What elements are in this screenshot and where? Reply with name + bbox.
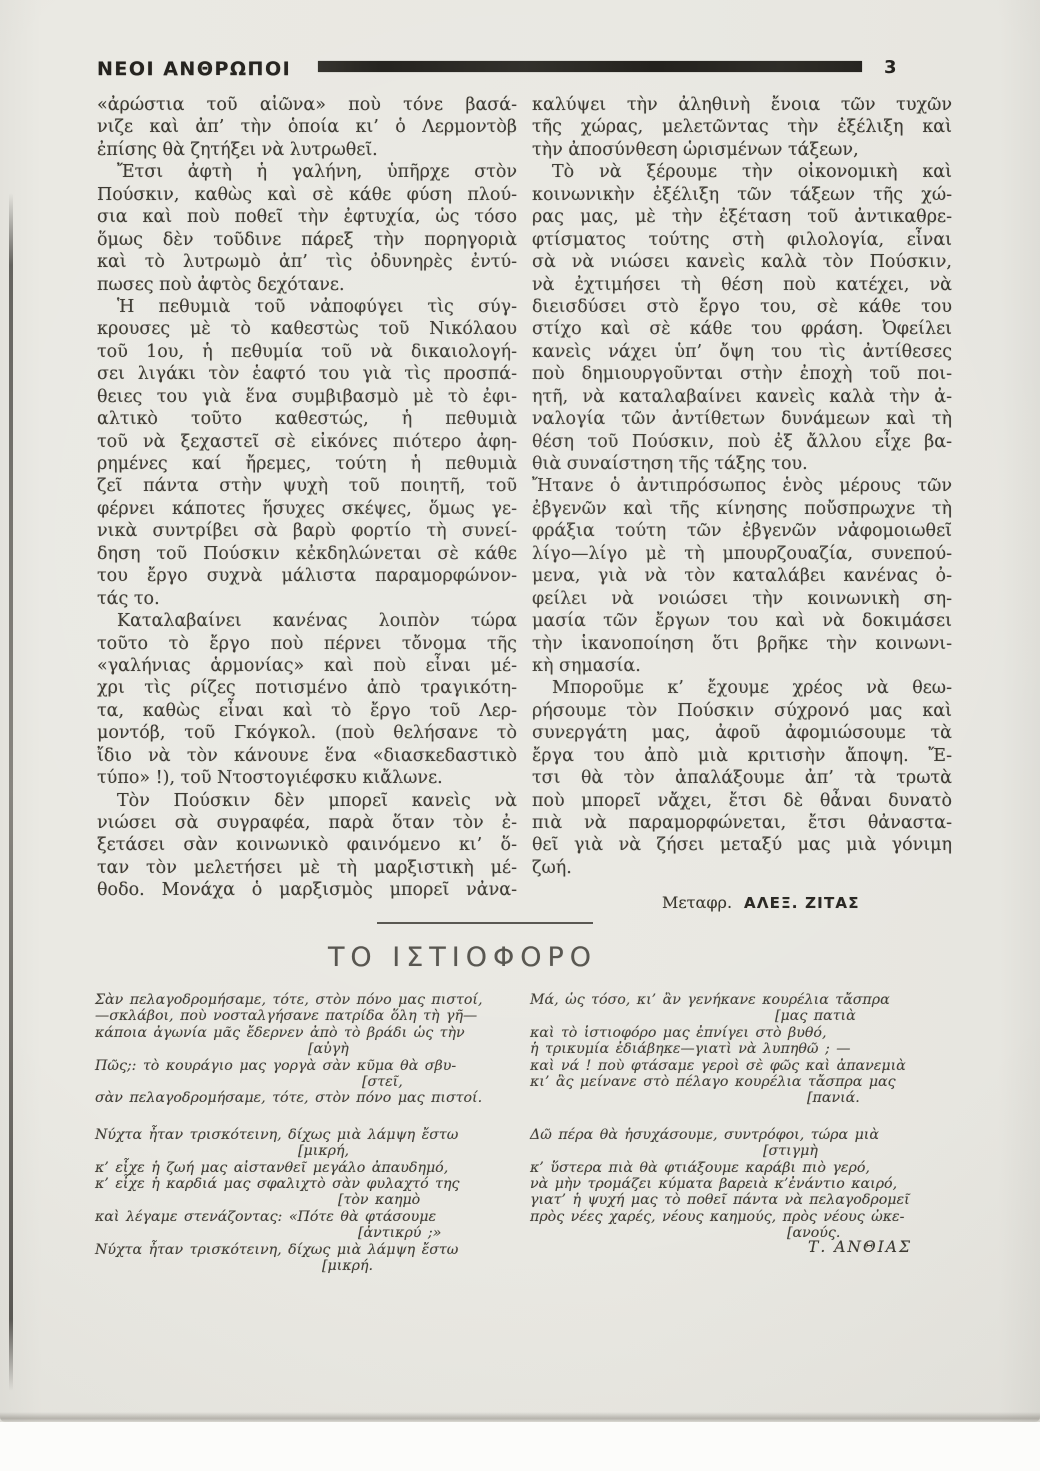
article-line: φέρνει κάποτες ἥσυχες σκέψες, ὅμως γε-: [97, 498, 517, 520]
masthead-rule: [318, 61, 862, 72]
poem-stanza: Δῶ πέρα θὰ ἡσυχάσουμε, συντρόφοι, τώρα μ…: [530, 1127, 962, 1242]
article-line: τσι θὰ τὸν ἀπαλάξουμε ἀπ’ τὰ τρωτὰ: [532, 767, 952, 789]
poem-line: καὶ τὸ ἱστιοφόρο μας ἐπνίγει στὸ βυθό,: [530, 1025, 962, 1041]
poem-line: κ’ εἶχε ἡ καρδιά μας σφαλιχτὸ σὰν φυλαχτ…: [95, 1176, 527, 1192]
article-line: τοῦ νὰ ξεχαστεῖ σὲ εἰκόνες πιότερο ἀφη-: [97, 431, 517, 453]
poem-stanza: Μά, ὡς τόσο, κι’ ἂν γενήκανε κουρέλια τἄ…: [530, 992, 962, 1107]
poem-line: κ’ ὕστερα πιὰ θὰ φτιάξουμε καράβι πιὸ γε…: [530, 1160, 962, 1176]
article-paragraph: Μποροῦμε κ’ ἔχουμε χρέος νὰ θεω-ρήσουμε …: [532, 677, 952, 879]
article-line: Ἔτσι ἀφτὴ ἡ γαλήνη, ὑπῆρχε στὸν: [97, 161, 517, 183]
poem-line: [μας πατιὰ: [530, 1008, 962, 1024]
article-line: θιὰ συναίστηση τῆς τάξης του.: [532, 453, 952, 475]
article-line: σὰ νὰ νιώσει κανεὶς καλὰ τὸν Πούσκιν,: [532, 251, 952, 273]
article-line: θεῖ γιὰ νὰ ζήσει μεταξύ μας μιὰ γόνιμη: [532, 834, 952, 856]
article-line: ητῆ, νὰ καταλαβαίνει κανεὶς καλὰ τὴν ἀ-: [532, 386, 952, 408]
article-line: μασία τῶν ἔργων του καὶ νὰ δοκιμάσει: [532, 610, 952, 632]
article-line: νιώσει σὰ συγραφέα, παρὰ ὅταν τὸν ἐ-: [97, 812, 517, 834]
article-line: ἐβγενῶν καὶ τῆς κίνησης ποὔσπρωχνε τὴ: [532, 498, 952, 520]
article-line: «ἀρώστια τοῦ αἰῶνα» ποὺ τόνε βασά-: [97, 94, 517, 116]
translator-credit: Μεταφρ.ΑΛΕΞ. ΖΙΤΑΣ: [662, 893, 860, 912]
poem-line: [αὐγὴ: [95, 1041, 527, 1057]
article-line: αλτικὸ τοῦτο καθεστώς, ἡ πεθυμιὰ: [97, 408, 517, 430]
section-divider: [377, 922, 593, 924]
article-line: ρας μας, μὲ τὴν ἐξέταση τοῦ ἀντικαθρε-: [532, 206, 952, 228]
article-paragraph: Τὸ νὰ ξέρουμε τὴν οἰκονομικὴ καὶκοινωνικ…: [532, 161, 952, 475]
poem-line: ἡ τρικυμία ἐδιάβηκε—γιατὶ νὰ λυπηθῶ ; —: [530, 1041, 962, 1057]
article-line: θειες του γιὰ ἕνα συμβιβασμὸ μὲ τὸ ἐφι-: [97, 386, 517, 408]
article-paragraph: Τὸν Πούσκιν δὲν μπορεῖ κανεὶς νὰνιώσει σ…: [97, 790, 517, 902]
article-column-left: «ἀρώστια τοῦ αἰῶνα» ποὺ τόνε βασά-νιζε κ…: [97, 94, 517, 902]
poem-line: [τὸν καημὸ: [95, 1192, 527, 1208]
article-line: ὅμως δὲν τοῦδινε πάρεξ τὴν πορηγοριὰ: [97, 229, 517, 251]
article-paragraph: Ἤτανε ὁ ἀντιπρόσωπος ἑνὸς μέρους τῶνἐβγε…: [532, 475, 952, 677]
poem-line: Σὰν πελαγοδρομήσαμε, τότε, στὸν πόνο μας…: [95, 992, 527, 1008]
article-line: τὴν ἱκανοποίηση ὅτι βρῆκε τὴν κοινωνι-: [532, 633, 952, 655]
article-line: κοινωνικὴν ἐξέλιξη τῶν τάξεων τῆς χώ-: [532, 184, 952, 206]
article-paragraph: Ἡ πεθυμιὰ τοῦ νἀποφύγει τὶς σύγ-κρουσες …: [97, 296, 517, 610]
article-line: πωσες ποὺ ἀφτὸς δεχότανε.: [97, 274, 517, 296]
poem-line: [στεῖ,: [95, 1074, 527, 1090]
article-line: θέση τοῦ Πούσκιν, ποὺ ἐξ ἄλλου εἶχε βα-: [532, 431, 952, 453]
article-line: «γαλήνιας ἁρμονίας» καὶ ποὺ εἶναι μέ-: [97, 655, 517, 677]
poem-line: Πῶς;: τὸ κουράγιο μας γοργὰ σὰν κῦμα θὰ …: [95, 1058, 527, 1074]
article-line: διεισδύσει στὸ ἔργο του, σὲ κάθε του: [532, 296, 952, 318]
poem-title: ΤΟ ΙΣΤΙΟΦΟΡΟ: [0, 942, 925, 973]
scan-edge-artifact: [9, 193, 13, 1391]
article-line: του ἔργο συχνὰ μάλιστα παραμορφώνον-: [97, 565, 517, 587]
article-line: φείλει νὰ νοιώσει τὴν κοινωνικὴ ση-: [532, 588, 952, 610]
article-line: μοντόβ, τοῦ Γκόγκολ. (ποὺ θελήσανε τὸ: [97, 722, 517, 744]
article-line: Τὸ νὰ ξέρουμε τὴν οἰκονομικὴ καὶ: [532, 161, 952, 183]
article-line: Ἡ πεθυμιὰ τοῦ νἀποφύγει τὶς σύγ-: [97, 296, 517, 318]
article-line: τοῦ 1ου, ἡ πεθυμία τοῦ νὰ δικαιολογή-: [97, 341, 517, 363]
article-line: κὴ σημασία.: [532, 655, 952, 677]
article-line: ποὺ μπορεῖ νἄχει, ἔτσι δὲ θἆναι δυνατὸ: [532, 790, 952, 812]
article-line: νικὰ συντρίβει σὰ βαρὺ φορτίο τὴ συνεί-: [97, 520, 517, 542]
article-column-right: καλύψει τὴν ἀληθινὴ ἔνοια τῶν τυχῶντῆς χ…: [532, 94, 952, 879]
article-line: Πούσκιν, καθὼς καὶ σὲ κάθε φύση πλού-: [97, 184, 517, 206]
poem-stanza: Σὰν πελαγοδρομήσαμε, τότε, στὸν πόνο μας…: [95, 992, 527, 1107]
article-line: ἔργα του ἀπὸ μιὰ κριτισὴν ἄποψη. Ἔ-: [532, 745, 952, 767]
article-line: Μποροῦμε κ’ ἔχουμε χρέος νὰ θεω-: [532, 677, 952, 699]
article-line: λίγο—λίγο μὲ τὴ μπουρζουαζία, συνεπού-: [532, 543, 952, 565]
poem-line: [μικρή,: [95, 1143, 527, 1159]
magazine-title: ΝΕΟΙ ΑΝΘΡΩΠΟΙ: [97, 58, 291, 80]
article-line: τοῦτο τὸ ἔργο ποὺ πέρνει τὄνομα τῆς: [97, 633, 517, 655]
article-line: ρημένες καί ἤρεμες, τούτη ἡ πεθυμιὰ: [97, 453, 517, 475]
article-line: ζωή.: [532, 857, 952, 879]
article-paragraph: Καταλαβαίνει κανένας λοιπὸν τώρατοῦτο τὸ…: [97, 610, 517, 790]
paper-bottom-edge: [0, 1412, 1040, 1422]
poem-line: νὰ μὴν τρομάζει κύματα βαρειὰ κ’ἐνάντιο …: [530, 1176, 962, 1192]
poem-line: πρὸς νέες χαρές, νέους καημούς, πρὸς νέο…: [530, 1209, 962, 1225]
article-line: τῆς χώρας, μελετῶντας τὴν ἐξέλιξη καὶ: [532, 116, 952, 138]
poem-line: κι’ ἂς μείνανε στὸ πέλαγο κουρέλια τἄσπρ…: [530, 1074, 962, 1090]
poem-line: [πανιά.: [530, 1090, 962, 1106]
article-line: χρι τὶς ρίζες ποτισμένο ἀπὸ τραγικότη-: [97, 677, 517, 699]
article-line: κρουσες μὲ τὸ καθεστὼς τοῦ Νικόλαου: [97, 318, 517, 340]
article-line: ναλογία τῶν ἀντίθετων δυνάμεων καὶ τὴ: [532, 408, 952, 430]
poem-line: Μά, ὡς τόσο, κι’ ἂν γενήκανε κουρέλια τἄ…: [530, 992, 962, 1008]
poem-column-right: Μά, ὡς τόσο, κι’ ἂν γενήκανε κουρέλια τἄ…: [530, 992, 962, 1262]
poem-line: σὰν πελαγοδρομήσαμε, τότε, στὸν πόνο μας…: [95, 1090, 527, 1106]
article-line: θοδο. Μονάχα ὁ μαρξισμὸς μπορεῖ νἀνα-: [97, 879, 517, 901]
article-line: καλύψει τὴν ἀληθινὴ ἔνοια τῶν τυχῶν: [532, 94, 952, 116]
article-line: ρήσουμε τὸν Πούσκιν σύχρονό μας καὶ: [532, 700, 952, 722]
article-line: μενα, γιὰ νὰ τὸν καταλάβει κανένας ὀ-: [532, 565, 952, 587]
poem-line: [ἀντικρύ ;»: [95, 1225, 527, 1241]
poem-line: Δῶ πέρα θὰ ἡσυχάσουμε, συντρόφοι, τώρα μ…: [530, 1127, 962, 1143]
poem-line: [στιγμὴ: [530, 1143, 962, 1159]
poem-line: —σκλάβοι, ποὺ νοσταλγήσανε πατρίδα ὅλη τ…: [95, 1008, 527, 1024]
poem-stanza: Νύχτα ἦταν τρισκότεινη, δίχως μιὰ λάμψη …: [95, 1127, 527, 1275]
poem-line: καὶ νά ! ποὺ φτάσαμε γεροὶ σὲ φῶς καὶ ἀπ…: [530, 1058, 962, 1074]
article-line: ταν τὸν μελετήσει μὲ τὴ μαρξιστικὴ μέ-: [97, 857, 517, 879]
translator-label: Μεταφρ.: [662, 893, 732, 912]
article-line: τα, καθὼς εἶναι καὶ τὸ ἔργο τοῦ Λερ-: [97, 700, 517, 722]
article-line: φράξια τούτη τῶν ἐβγενῶν νἀφομοιωθεῖ: [532, 520, 952, 542]
article-line: τάς το.: [97, 588, 517, 610]
article-line: νὰ ἐχτιμήσει τὴ θέση ποὺ κατέχει, νὰ: [532, 274, 952, 296]
article-line: τὴν ἀποσύνθεση ὡρισμένων τάξεων,: [532, 139, 952, 161]
poem-line: κάποια ἀγωνία μᾶς ἔδερνεν ἀπὸ τὸ βράδι ὡ…: [95, 1025, 527, 1041]
article-line: ξετάσει σὰν κοινωνικὸ φαινόμενο κι’ ὅ-: [97, 834, 517, 856]
article-line: Τὸν Πούσκιν δὲν μπορεῖ κανεὶς νὰ: [97, 790, 517, 812]
article-line: Καταλαβαίνει κανένας λοιπὸν τώρα: [97, 610, 517, 632]
page-number: 3: [884, 57, 897, 78]
article-line: στίχο καὶ σὲ κάθε του φράση. Ὀφείλει: [532, 318, 952, 340]
poem-line: [μικρή.: [95, 1258, 527, 1274]
poem-line: Νύχτα ἦταν τρισκότεινη, δίχως μιὰ λάμψη …: [95, 1242, 527, 1258]
article-line: φτίσματος τούτης στὴ φιλολογία, εἶναι: [532, 229, 952, 251]
poem-line: κ’ εἶχε ἡ ζωή μας αἰστανθεῖ μεγάλο ἀπαυδ…: [95, 1160, 527, 1176]
poem-line: γιατ’ ἡ ψυχή μας τὸ ποθεῖ πάντα νὰ πελαγ…: [530, 1192, 962, 1208]
article-line: καὶ τὸ λυτρωμὸ ἀπ’ τὶς ὀδυνηρὲς ἐντύ-: [97, 251, 517, 273]
article-line: συνεργάτη μας, ἀφοῦ ἀφομιώσουμε τὰ: [532, 722, 952, 744]
article-paragraph: καλύψει τὴν ἀληθινὴ ἔνοια τῶν τυχῶντῆς χ…: [532, 94, 952, 161]
article-line: ζεῖ πάντα στὴν ψυχὴ τοῦ ποιητῆ, τοῦ: [97, 475, 517, 497]
article-line: νιζε καὶ ἀπ’ τὴν ὁποία κι’ ὁ Λερμοντὸβ: [97, 116, 517, 138]
article-line: σια καὶ ποὺ ποθεῖ τὴν ἐφτυχία, ὡς τόσο: [97, 206, 517, 228]
poem-line: καὶ λέγαμε στενάζοντας: «Πότε θὰ φτάσουμ…: [95, 1209, 527, 1225]
article-line: σει λιγάκι τὸν ἑαφτό του γιὰ τὶς προσπά-: [97, 363, 517, 385]
translator-name: ΑΛΕΞ. ΖΙΤΑΣ: [744, 894, 860, 912]
article-line: δηση τοῦ Πούσκιν κἐκδηλώνεται σὲ κάθε: [97, 543, 517, 565]
page-scan: ΝΕΟΙ ΑΝΘΡΩΠΟΙ 3 «ἀρώστια τοῦ αἰῶνα» ποὺ …: [0, 0, 1040, 1422]
poem-column-left: Σὰν πελαγοδρομήσαμε, τότε, στὸν πόνο μας…: [95, 992, 527, 1295]
article-line: ἐπίσης θὰ ζητήξει νὰ λυτρωθεῖ.: [97, 139, 517, 161]
poem-author: Τ. ΑΝΘΙΑΣ: [808, 1238, 912, 1256]
article-paragraph: Ἔτσι ἀφτὴ ἡ γαλήνη, ὑπῆρχε στὸνΠούσκιν, …: [97, 161, 517, 296]
poem-line: Νύχτα ἦταν τρισκότεινη, δίχως μιὰ λάμψη …: [95, 1127, 527, 1143]
article-line: κανεὶς νάχει ὑπ’ ὄψη του τὶς ἀντίθεσες: [532, 341, 952, 363]
article-line: ποὺ δημιουργοῦνται στὴν ἐποχὴ τοῦ ποι-: [532, 363, 952, 385]
article-paragraph: «ἀρώστια τοῦ αἰῶνα» ποὺ τόνε βασά-νιζε κ…: [97, 94, 517, 161]
article-line: ἴδιο νὰ τὸν κάνουνε ἕνα «διασκεδαστικὸ: [97, 745, 517, 767]
article-line: Ἤτανε ὁ ἀντιπρόσωπος ἑνὸς μέρους τῶν: [532, 475, 952, 497]
article-line: πιὰ νὰ παραμορφώνεται, ἔτσι θἀναστα-: [532, 812, 952, 834]
article-line: τύπο» !), τοῦ Ντοστογιέφσκυ κιἄλωνε.: [97, 767, 517, 789]
